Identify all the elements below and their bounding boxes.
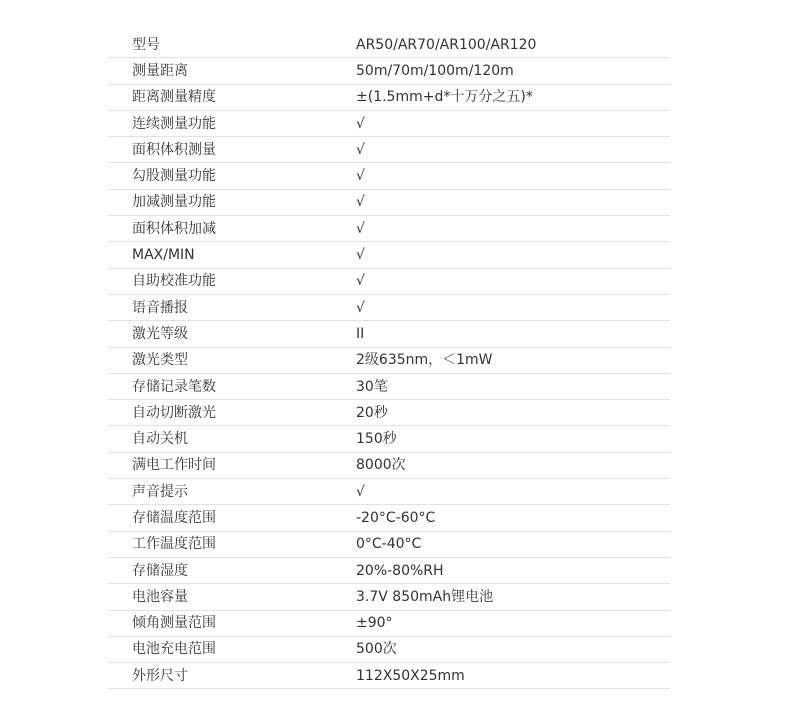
spec-label: 电池充电范围 — [132, 636, 216, 662]
spec-row-tilt: 倾角测量范围 ±90° — [108, 611, 670, 637]
spec-row-pythagorean: 勾股测量功能 √ — [108, 163, 670, 189]
spec-value: 50m/70m/100m/120m — [356, 58, 514, 84]
spec-value: 20秒 — [356, 400, 388, 426]
spec-row-laser-off: 自动切断激光 20秒 — [108, 400, 670, 426]
spec-value: II — [356, 321, 364, 347]
spec-label: 存储记录笔数 — [132, 374, 216, 400]
spec-label: 测量距离 — [132, 58, 188, 84]
spec-label: 倾角测量范围 — [132, 610, 216, 636]
spec-row-range: 测量距离 50m/70m/100m/120m — [108, 58, 670, 84]
spec-label: 满电工作时间 — [132, 452, 216, 478]
spec-label: 外形尺寸 — [132, 663, 188, 689]
spec-row-laser-class: 激光等级 II — [108, 321, 670, 347]
spec-label: 激光等级 — [132, 321, 188, 347]
spec-label: MAX/MIN — [132, 242, 195, 268]
spec-label: 存储湿度 — [132, 558, 188, 584]
check-mark: √ — [356, 216, 365, 242]
spec-label: 勾股测量功能 — [132, 163, 216, 189]
spec-label: 自动关机 — [132, 426, 188, 452]
check-mark: √ — [356, 137, 365, 163]
spec-label: 自动切断激光 — [132, 400, 216, 426]
spec-label: 激光类型 — [132, 347, 188, 373]
spec-value: 112X50X25mm — [356, 663, 465, 689]
spec-row-battery-life: 满电工作时间 8000次 — [108, 453, 670, 479]
spec-row-area-volume-add: 面积体积加减 √ — [108, 216, 670, 242]
spec-row-self-calibration: 自助校准功能 √ — [108, 269, 670, 295]
check-mark: √ — [356, 268, 365, 294]
spec-value: 30笔 — [356, 374, 388, 400]
spec-row-accuracy: 距离测量精度 ±(1.5mm+d*十万分之五)* — [108, 85, 670, 111]
spec-value: 500次 — [356, 636, 397, 662]
check-mark: √ — [356, 242, 365, 268]
spec-value: 8000次 — [356, 452, 406, 478]
spec-value: 150秒 — [356, 426, 397, 452]
spec-label: 面积体积加减 — [132, 216, 216, 242]
spec-row-working-temp: 工作温度范围 0°C-40°C — [108, 532, 670, 558]
spec-row-add-subtract: 加减测量功能 √ — [108, 190, 670, 216]
check-mark: √ — [356, 163, 365, 189]
spec-table: 型号 AR50/AR70/AR100/AR120 测量距离 50m/70m/10… — [108, 32, 670, 689]
spec-row-storage-temp: 存储温度范围 -20°C-60°C — [108, 505, 670, 531]
spec-row-auto-off: 自动关机 150秒 — [108, 426, 670, 452]
spec-row-area-volume: 面积体积测量 √ — [108, 137, 670, 163]
spec-label: 电池容量 — [132, 584, 188, 610]
spec-row-max-min: MAX/MIN √ — [108, 242, 670, 268]
spec-label: 声音提示 — [132, 479, 188, 505]
spec-value: 0°C-40°C — [356, 531, 421, 557]
spec-label: 加减测量功能 — [132, 189, 216, 215]
spec-label: 面积体积测量 — [132, 137, 216, 163]
spec-value: -20°C-60°C — [356, 505, 435, 531]
spec-label: 连续测量功能 — [132, 111, 216, 137]
spec-label: 距离测量精度 — [132, 84, 216, 110]
check-mark: √ — [356, 111, 365, 137]
spec-value: AR50/AR70/AR100/AR120 — [356, 32, 536, 58]
spec-label: 工作温度范围 — [132, 531, 216, 557]
spec-row-continuous: 连续测量功能 √ — [108, 111, 670, 137]
spec-row-memory: 存储记录笔数 30笔 — [108, 374, 670, 400]
spec-row-humidity: 存储湿度 20%-80%RH — [108, 558, 670, 584]
spec-value: ±(1.5mm+d*十万分之五)* — [356, 84, 533, 110]
spec-row-model: 型号 AR50/AR70/AR100/AR120 — [108, 32, 670, 58]
spec-label: 自助校准功能 — [132, 268, 216, 294]
spec-row-charge-cycles: 电池充电范围 500次 — [108, 637, 670, 663]
spec-value: 3.7V 850mAh锂电池 — [356, 584, 493, 610]
check-mark: √ — [356, 189, 365, 215]
spec-label: 存储温度范围 — [132, 505, 216, 531]
spec-value: 20%-80%RH — [356, 558, 444, 584]
spec-label: 型号 — [132, 32, 160, 58]
spec-row-sound: 声音提示 √ — [108, 479, 670, 505]
spec-row-laser-type: 激光类型 2级635nm，＜1mW — [108, 348, 670, 374]
spec-value: ±90° — [356, 610, 393, 636]
spec-row-voice: 语音播报 √ — [108, 295, 670, 321]
check-mark: √ — [356, 295, 365, 321]
spec-value: 2级635nm，＜1mW — [356, 347, 493, 373]
spec-label: 语音播报 — [132, 295, 188, 321]
spec-row-dimensions: 外形尺寸 112X50X25mm — [108, 663, 670, 689]
check-mark: √ — [356, 479, 365, 505]
spec-row-battery: 电池容量 3.7V 850mAh锂电池 — [108, 584, 670, 610]
